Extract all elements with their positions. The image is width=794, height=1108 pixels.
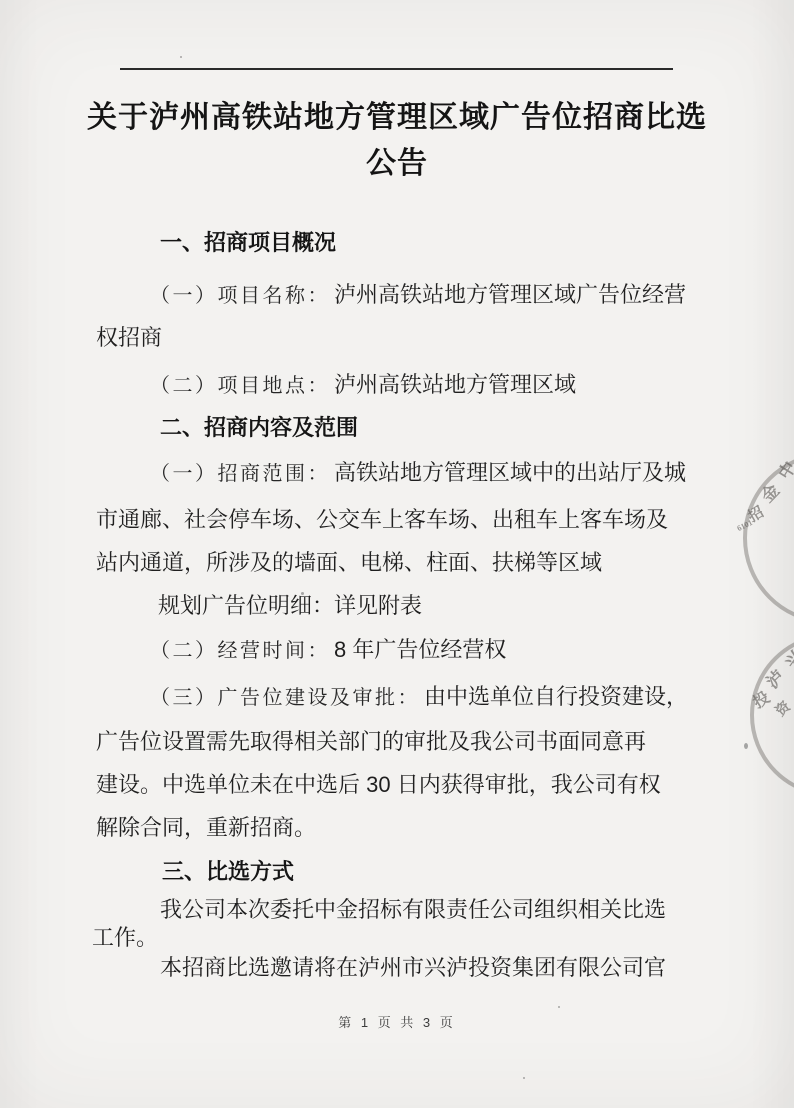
text-segment: 工作。 xyxy=(92,925,158,950)
text-line: （一）项目名称：泸州高铁站地方管理区域广告位经营 xyxy=(150,280,686,310)
text-segment: 建设。中选单位未在中选后 30 日内获得审批，我公司有权 xyxy=(96,772,661,797)
text-segment: 站内通道，所涉及的墙面、电梯、柱面、扶梯等区域 xyxy=(96,550,602,575)
text-segment: 泸州高铁站地方管理区域广告位经营 xyxy=(334,282,686,307)
page-number: 第 1 页 共 3 页 xyxy=(0,1012,794,1031)
text-segment: 市通廊、社会停车场、公交车上客车场、出租车上客车场及 xyxy=(96,507,668,532)
scan-speck xyxy=(523,1077,525,1079)
text-segment: 一、招商项目概况 xyxy=(160,230,336,255)
text-line: 本招商比选邀请将在泸州市兴泸投资集团有限公司官 xyxy=(160,953,666,983)
document-title-line1: 关于泸州高铁站地方管理区域广告位招商比选 xyxy=(0,95,794,141)
document-page: 关于泸州高铁站地方管理区域广告位招商比选 公告 一、招商项目概况（一）项目名称：… xyxy=(0,0,794,1108)
text-line: 规划广告位明细：详见附表 xyxy=(158,591,422,621)
text-segment: 二、招商内容及范围 xyxy=(160,415,358,440)
text-segment: 广告位设置需先取得相关部门的审批及我公司书面同意再 xyxy=(96,729,646,754)
text-segment: （一）招商范围： xyxy=(150,463,330,485)
text-segment: （三）广告位建设及审批： xyxy=(150,687,420,709)
text-segment: 泸州高铁站地方管理区域 xyxy=(334,372,576,397)
title-divider xyxy=(120,68,673,70)
text-segment: （二）经营时间： xyxy=(150,640,330,662)
text-line: 我公司本次委托中金招标有限责任公司组织相关比选 xyxy=(160,895,666,925)
text-segment: 规划广告位明细：详见附表 xyxy=(158,593,422,618)
document-title: 关于泸州高铁站地方管理区域广告位招商比选 公告 xyxy=(0,95,794,187)
text-segment: 权招商 xyxy=(96,325,162,350)
text-line: （二）经营时间：8 年广告位经营权 xyxy=(150,635,506,665)
text-segment: 解除合同，重新招商。 xyxy=(96,815,316,840)
text-segment: 我公司本次委托中金招标有限责任公司组织相关比选 xyxy=(160,897,666,922)
text-line: （三）广告位建设及审批：由中选单位自行投资建设， xyxy=(150,682,688,712)
text-segment: 三、比选方式 xyxy=(162,859,294,884)
scan-speck xyxy=(180,56,182,58)
scan-speck xyxy=(301,592,304,595)
text-line: 市通廊、社会停车场、公交车上客车场、出租车上客车场及 xyxy=(96,505,668,535)
text-line: 权招商 xyxy=(96,323,162,353)
text-segment: 本招商比选邀请将在泸州市兴泸投资集团有限公司官 xyxy=(160,955,666,980)
section-heading: 二、招商内容及范围 xyxy=(160,413,358,443)
text-segment: 高铁站地方管理区域中的出站厅及城 xyxy=(334,460,686,485)
section-heading: 一、招商项目概况 xyxy=(160,228,336,258)
document-title-line2: 公告 xyxy=(0,141,794,187)
scan-speck xyxy=(558,1006,560,1008)
text-line: 建设。中选单位未在中选后 30 日内获得审批，我公司有权 xyxy=(96,770,661,800)
text-segment: （一）项目名称： xyxy=(150,285,330,307)
text-line: （二）项目地点：泸州高铁站地方管理区域 xyxy=(150,370,576,400)
scan-speck xyxy=(744,743,748,749)
section-heading: 三、比选方式 xyxy=(162,857,294,887)
text-line: （一）招商范围：高铁站地方管理区域中的出站厅及城 xyxy=(150,458,686,488)
text-line: 广告位设置需先取得相关部门的审批及我公司书面同意再 xyxy=(96,727,646,757)
text-line: 解除合同，重新招商。 xyxy=(96,813,316,843)
text-line: 工作。 xyxy=(92,923,158,953)
text-line: 站内通道，所涉及的墙面、电梯、柱面、扶梯等区域 xyxy=(96,548,602,578)
text-segment: 由中选单位自行投资建设， xyxy=(424,684,688,709)
text-segment: 8 年广告位经营权 xyxy=(334,637,506,662)
text-segment: （二）项目地点： xyxy=(150,375,330,397)
